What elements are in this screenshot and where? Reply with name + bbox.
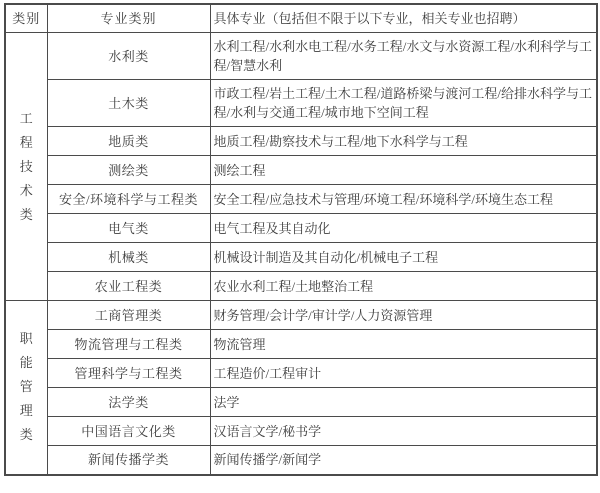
table-row: 管理科学与工程类工程造价/工程审计 bbox=[5, 359, 597, 388]
major-type-cell: 土木类 bbox=[47, 80, 210, 127]
majors-cell: 市政工程/岩土工程/土木工程/道路桥梁与渡河工程/给排水科学与工程/水利与交通工… bbox=[210, 80, 597, 127]
major-type-cell: 法学类 bbox=[47, 388, 210, 417]
table-row: 物流管理与工程类物流管理 bbox=[5, 330, 597, 359]
category-cell: 职能管理类 bbox=[5, 301, 47, 475]
majors-table: 类别 专业类别 具体专业（包括但不限于以下专业，相关专业也招聘） 工程技术类水利… bbox=[4, 3, 598, 476]
table-row: 农业工程类农业水利工程/土地整治工程 bbox=[5, 272, 597, 301]
major-type-cell: 地质类 bbox=[47, 127, 210, 156]
category-char: 管 bbox=[6, 375, 47, 399]
category-char: 术 bbox=[6, 179, 47, 203]
majors-cell: 电气工程及其自动化 bbox=[210, 214, 597, 243]
majors-cell: 机械设计制造及其自动化/机械电子工程 bbox=[210, 243, 597, 272]
table-row: 土木类市政工程/岩土工程/土木工程/道路桥梁与渡河工程/给排水科学与工程/水利与… bbox=[5, 80, 597, 127]
category-char: 程 bbox=[6, 131, 47, 155]
major-type-cell: 电气类 bbox=[47, 214, 210, 243]
table-row: 电气类电气工程及其自动化 bbox=[5, 214, 597, 243]
majors-cell: 法学 bbox=[210, 388, 597, 417]
table-row: 工程技术类水利类水利工程/水利水电工程/水务工程/水文与水资源工程/水利科学与工… bbox=[5, 33, 597, 80]
majors-cell: 财务管理/会计学/审计学/人力资源管理 bbox=[210, 301, 597, 330]
major-type-cell: 安全/环境科学与工程类 bbox=[47, 185, 210, 214]
major-type-cell: 水利类 bbox=[47, 33, 210, 80]
major-type-cell: 工商管理类 bbox=[47, 301, 210, 330]
page: 类别 专业类别 具体专业（包括但不限于以下专业，相关专业也招聘） 工程技术类水利… bbox=[0, 0, 600, 493]
category-char: 技 bbox=[6, 155, 47, 179]
majors-cell: 农业水利工程/土地整治工程 bbox=[210, 272, 597, 301]
major-type-cell: 机械类 bbox=[47, 243, 210, 272]
table-row: 测绘类测绘工程 bbox=[5, 156, 597, 185]
major-type-cell: 农业工程类 bbox=[47, 272, 210, 301]
table-row: 职能管理类工商管理类财务管理/会计学/审计学/人力资源管理 bbox=[5, 301, 597, 330]
category-char: 类 bbox=[6, 203, 47, 227]
majors-cell: 工程造价/工程审计 bbox=[210, 359, 597, 388]
table-row: 安全/环境科学与工程类安全工程/应急技术与管理/环境工程/环境科学/环境生态工程 bbox=[5, 185, 597, 214]
table-row: 机械类机械设计制造及其自动化/机械电子工程 bbox=[5, 243, 597, 272]
major-type-cell: 管理科学与工程类 bbox=[47, 359, 210, 388]
majors-cell: 安全工程/应急技术与管理/环境工程/环境科学/环境生态工程 bbox=[210, 185, 597, 214]
major-type-cell: 中国语言文化类 bbox=[47, 417, 210, 446]
table-row: 法学类法学 bbox=[5, 388, 597, 417]
majors-cell: 新闻传播学/新闻学 bbox=[210, 446, 597, 475]
category-cell: 工程技术类 bbox=[5, 33, 47, 301]
header-category: 类别 bbox=[5, 4, 47, 33]
category-char: 类 bbox=[6, 423, 47, 447]
majors-cell: 汉语言文学/秘书学 bbox=[210, 417, 597, 446]
table-row: 地质类地质工程/勘察技术与工程/地下水科学与工程 bbox=[5, 127, 597, 156]
category-char: 工 bbox=[6, 107, 47, 131]
header-row: 类别 专业类别 具体专业（包括但不限于以下专业，相关专业也招聘） bbox=[5, 4, 597, 33]
category-char: 职 bbox=[6, 327, 47, 351]
majors-cell: 测绘工程 bbox=[210, 156, 597, 185]
majors-cell: 地质工程/勘察技术与工程/地下水科学与工程 bbox=[210, 127, 597, 156]
major-type-cell: 物流管理与工程类 bbox=[47, 330, 210, 359]
table-body: 工程技术类水利类水利工程/水利水电工程/水务工程/水文与水资源工程/水利科学与工… bbox=[5, 33, 597, 475]
major-type-cell: 新闻传播学类 bbox=[47, 446, 210, 475]
table-row: 中国语言文化类汉语言文学/秘书学 bbox=[5, 417, 597, 446]
header-major-type: 专业类别 bbox=[47, 4, 210, 33]
table-row: 新闻传播学类新闻传播学/新闻学 bbox=[5, 446, 597, 475]
majors-cell: 水利工程/水利水电工程/水务工程/水文与水资源工程/水利科学与工程/智慧水利 bbox=[210, 33, 597, 80]
header-specific-majors: 具体专业（包括但不限于以下专业，相关专业也招聘） bbox=[210, 4, 597, 33]
major-type-cell: 测绘类 bbox=[47, 156, 210, 185]
category-char: 理 bbox=[6, 399, 47, 423]
category-char: 能 bbox=[6, 351, 47, 375]
majors-cell: 物流管理 bbox=[210, 330, 597, 359]
